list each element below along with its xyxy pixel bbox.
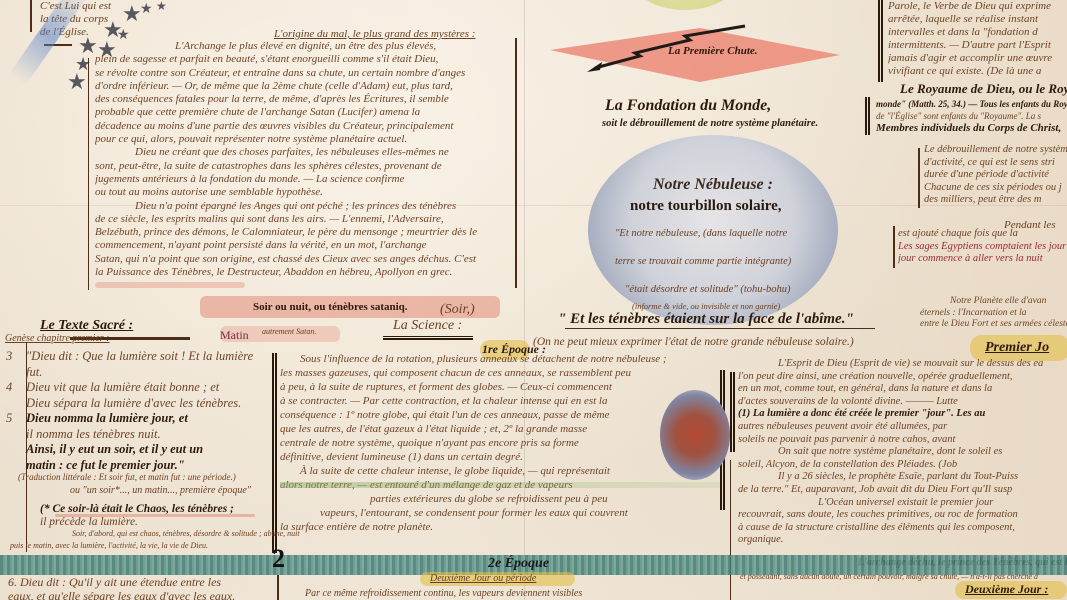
tenebres-abime: " Et les ténèbres étaient sur la face de… [558, 311, 854, 328]
verses-block: 3"Dieu dit : Que la lumière soit ! Et la… [6, 349, 272, 473]
royaume-title: Le Royaume de Dieu, ou le Royau [900, 82, 1067, 96]
soir-definition: Soir, d'abord, qui est chaos, ténèbres, … [72, 530, 300, 539]
bottom-rule [277, 575, 279, 600]
on-ne-peut-text: (On ne peut mieux exprimer l'état de not… [533, 336, 854, 349]
soir-paren: (Soir,) [440, 302, 475, 317]
egypt-text: est ajouté chaque fois que la Les sages … [898, 228, 1067, 266]
texte-sacre-rule-right [272, 353, 277, 553]
nebula-line: terre se trouvait comme partie intégrant… [615, 256, 791, 268]
matin-label: Matin [220, 329, 249, 342]
planete-text: Notre Planète elle d'avan éternels : l'I… [920, 296, 1067, 331]
tenebres-highlight [95, 282, 245, 288]
science-text: Sous l'influence de la rotation, plusieu… [280, 352, 720, 534]
green-pencil-line [280, 482, 720, 488]
soir-nuit-label: Soir ou nuit, ou ténèbres sataniq. [253, 301, 408, 313]
section-number: 2 [272, 545, 285, 574]
star-icon: ★ [156, 0, 167, 12]
deuxieme-epoque: 2e Époque [488, 556, 549, 571]
la-science-title: La Science : [393, 318, 462, 333]
genese-label: Genèse chapitre premier : [5, 333, 110, 344]
verse6-line2: eaux, et qu'elle sépare les eaux d'avec … [8, 590, 235, 600]
fondation-subtitle: soit le débrouillement de notre système … [602, 118, 818, 130]
right-mid-text: L'Esprit de Dieu (Esprit de vie) se mouv… [738, 358, 1067, 547]
chaos-note-2: il précède la lumière. [40, 516, 138, 529]
right-top-rule [878, 0, 883, 82]
verbe-text: Parole, le Verbe de Dieu qui exprime arr… [888, 0, 1067, 78]
nebula-subtitle: notre tourbillon solaire, [630, 198, 782, 215]
right-mid-rule-2 [730, 460, 731, 600]
traduction-litterale: (Traduction littérale : Et soir fut, et … [18, 473, 236, 483]
premier-jour: Premier Jo [985, 340, 1049, 355]
nebula-line: "était désordre et solitude" (tohu-bohu) [625, 284, 791, 296]
debrouillement-rule [918, 148, 920, 208]
royaume-rule [865, 97, 870, 135]
matin-definition: puis le matin, avec la lumière, l'activi… [10, 542, 208, 551]
ou-un-soir: ou "un soir*..., un matin..., première é… [70, 485, 251, 496]
verse6-line1: 6. Dieu dit : Qu'il y ait une étendue en… [8, 576, 221, 589]
nebula-title: Notre Nébuleuse : [653, 176, 773, 194]
star-icon: ★ [122, 4, 142, 26]
la-science-underline [383, 336, 473, 340]
texte-sacre-title: Le Texte Sacré : [40, 318, 133, 333]
science2-line: Par ce même refroidissement continu, les… [305, 588, 582, 599]
royaume-text: monde" (Matth. 25, 34.) — Tous les enfan… [876, 98, 1067, 134]
tenebres-underline [565, 328, 875, 329]
glowing-mass [660, 390, 730, 480]
deuxieme-jour-periode: Deuxième Jour ou période [430, 573, 536, 584]
premiere-chute-label: La Première Chute. [668, 45, 758, 57]
fondation-title: La Fondation du Monde, [605, 97, 771, 115]
star-icon: ★ [140, 2, 153, 16]
corner-rule [30, 0, 32, 32]
origin-text: L'Archange le plus élevé en dignité, un … [95, 40, 510, 279]
debrouillement-text: Le débrouillement de notre système d'act… [924, 144, 1067, 207]
left-block-rule-right [515, 38, 517, 288]
nebula-line: "Et notre nébuleuse, (dans laquelle notr… [615, 228, 787, 240]
deuxieme-jour-right: Deuxième Jour : [965, 583, 1048, 596]
matin-note: autrement Satan. [262, 328, 316, 337]
left-block-rule [88, 58, 89, 290]
nebula-line: (informe & vide, ou invisible et non gar… [632, 302, 780, 311]
right-mid-rule [730, 372, 735, 452]
star-icon: ★ [67, 72, 87, 94]
egypt-rule [893, 226, 895, 268]
origin-heading: L'origine du mal, le plus grand des myst… [274, 28, 475, 40]
